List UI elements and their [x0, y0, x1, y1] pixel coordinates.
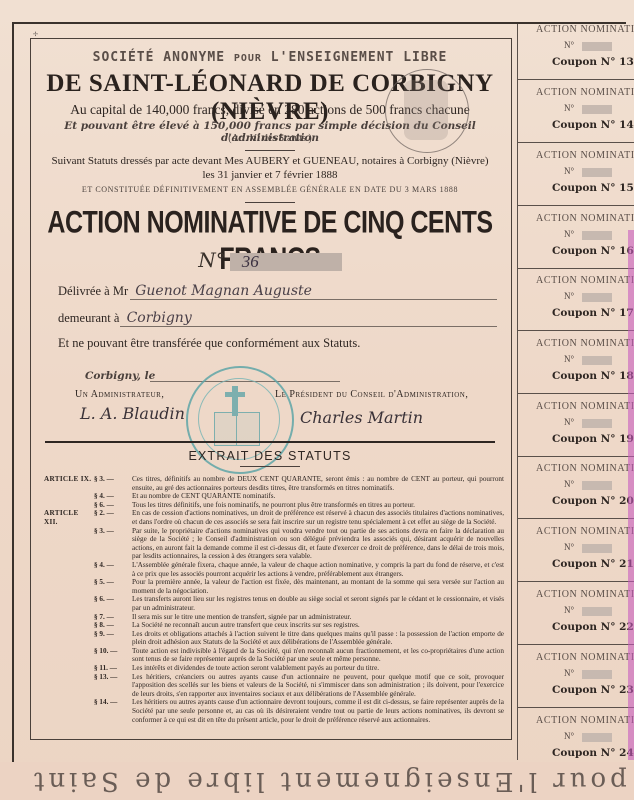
- society-line: SOCIÉTÉ ANONYME POUR L'ENSEIGNEMENT LIBR…: [30, 50, 510, 65]
- coupon-number-box: [582, 231, 612, 240]
- extract-heading: EXTRAIT DES STATUTS: [30, 449, 510, 463]
- coupon-19: ACTION NOMINATIVEN°Coupon N° 19: [518, 394, 634, 457]
- scan-edge-artifact: [628, 230, 634, 760]
- statute-paragraph: § 4. —L'Assemblée générale fixera, chaqu…: [44, 561, 504, 578]
- number-value: 36: [230, 253, 342, 271]
- coupon-number-box: [582, 481, 612, 490]
- coupon-number-box: [582, 42, 612, 51]
- coupon-number-box: [582, 419, 612, 428]
- field-underline: [120, 326, 497, 327]
- share-number: N°36: [30, 248, 510, 273]
- coupon-number-box: [582, 670, 612, 679]
- statute-paragraph: ARTICLE IX.§ 3. —Ces titres, définitifs …: [44, 475, 504, 492]
- coupon-number-box: [582, 356, 612, 365]
- coupon-20: ACTION NOMINATIVEN°Coupon N° 20: [518, 456, 634, 519]
- coupon-23: ACTION NOMINATIVEN°Coupon N° 23: [518, 645, 634, 708]
- administrator-signature: L. A. Blaudin: [80, 404, 185, 423]
- coupon-number-box: [582, 544, 612, 553]
- statutes-extract: ARTICLE IX.§ 3. —Ces titres, définitifs …: [44, 475, 504, 724]
- administrator-label: Un Administrateur,: [75, 389, 164, 400]
- share-certificate: ✢ SOCIÉTÉ ANONYME POUR L'ENSEIGNEMENT LI…: [0, 0, 634, 800]
- ornament-dash: [245, 150, 295, 151]
- coupon-number-box: [582, 733, 612, 742]
- coupon-21: ACTION NOMINATIVEN°Coupon N° 21: [518, 519, 634, 582]
- ornament-dash: [245, 202, 295, 203]
- coupon-number-box: [582, 607, 612, 616]
- ornament-dash: [240, 466, 300, 467]
- coupon-number-box: [582, 105, 612, 114]
- statute-paragraph: § 6. —Les transferts auront lieu sur les…: [44, 595, 504, 612]
- residence-value: Corbigny: [127, 310, 192, 326]
- holder-name: Guenot Magnan Auguste: [135, 283, 312, 299]
- reverse-fold-strip: pour l'Enseignement libre de Saint: [0, 762, 634, 800]
- mirrored-heading: pour l'Enseignement libre de Saint: [30, 766, 627, 796]
- transfer-note: Et ne pouvant être transférée que confor…: [58, 336, 360, 351]
- statute-paragraph: § 5. —Pour la première année, la valeur …: [44, 578, 504, 595]
- statute-paragraph: § 9. —Les droits et obligations attachés…: [44, 630, 504, 647]
- statute-paragraph: § 8. —La Société ne reconnaît aucun autr…: [44, 621, 504, 630]
- statute-paragraph: § 6. —Tous les titres définitifs, une fo…: [44, 501, 504, 510]
- delivered-to-field: Délivrée à Mr Guenot Magnan Auguste: [58, 283, 312, 299]
- residence-field: demeurant à Corbigny: [58, 310, 192, 326]
- statute-paragraph: § 14. —Les héritiers ou autres ayants ca…: [44, 698, 504, 724]
- coupon-number-box: [582, 293, 612, 302]
- coupon-24: ACTION NOMINATIVEN°Coupon N° 24: [518, 708, 634, 770]
- tax-stamp-seal: [385, 69, 469, 153]
- coupon-16: ACTION NOMINATIVEN°Coupon N° 16: [518, 206, 634, 269]
- coupon-17: ACTION NOMINATIVEN°Coupon N° 17: [518, 268, 634, 331]
- coupon-22: ACTION NOMINATIVEN°Coupon N° 22: [518, 582, 634, 645]
- field-underline: [130, 299, 497, 300]
- statute-paragraph: § 7. —Il sera mis sur le titre une menti…: [44, 613, 504, 622]
- number-label: N°: [198, 248, 226, 272]
- statute-paragraph: ARTICLE XII.§ 2. —En cas de cession d'ac…: [44, 509, 504, 526]
- president-label: Le Président du Conseil d'Administration…: [275, 389, 468, 400]
- constitution-line: et constituée définitivement en assemblé…: [30, 185, 510, 194]
- place-date-label: Corbigny, le: [85, 370, 155, 382]
- coupon-15: ACTION NOMINATIVEN°Coupon N° 15: [518, 143, 634, 206]
- statutes-line-1: Suivant Statuts dressés par acte devant …: [30, 155, 510, 167]
- section-divider: [45, 441, 495, 443]
- coupon-14: ACTION NOMINATIVEN°Coupon N° 14: [518, 80, 634, 143]
- statute-paragraph: § 4. —Et au nombre de CENT QUARANTE nomi…: [44, 492, 504, 501]
- statute-paragraph: § 3. —Par suite, le propriétaire d'actio…: [44, 527, 504, 561]
- statutes-line-2: les 31 janvier et 7 février 1888: [30, 169, 510, 181]
- corner-mark: ✢: [33, 31, 38, 38]
- coupon-18: ACTION NOMINATIVEN°Coupon N° 18: [518, 331, 634, 394]
- coupon-13: ACTION NOMINATIVEN°Coupon N° 13: [518, 17, 634, 80]
- president-signature: Charles Martin: [300, 408, 423, 427]
- coupon-number-box: [582, 168, 612, 177]
- statute-paragraph: § 11. —Les intérêts et dividendes de tou…: [44, 664, 504, 673]
- statute-paragraph: § 13. —Les héritiers, créanciers ou autr…: [44, 673, 504, 699]
- statute-paragraph: § 10. —Toute action est indivisible à l'…: [44, 647, 504, 664]
